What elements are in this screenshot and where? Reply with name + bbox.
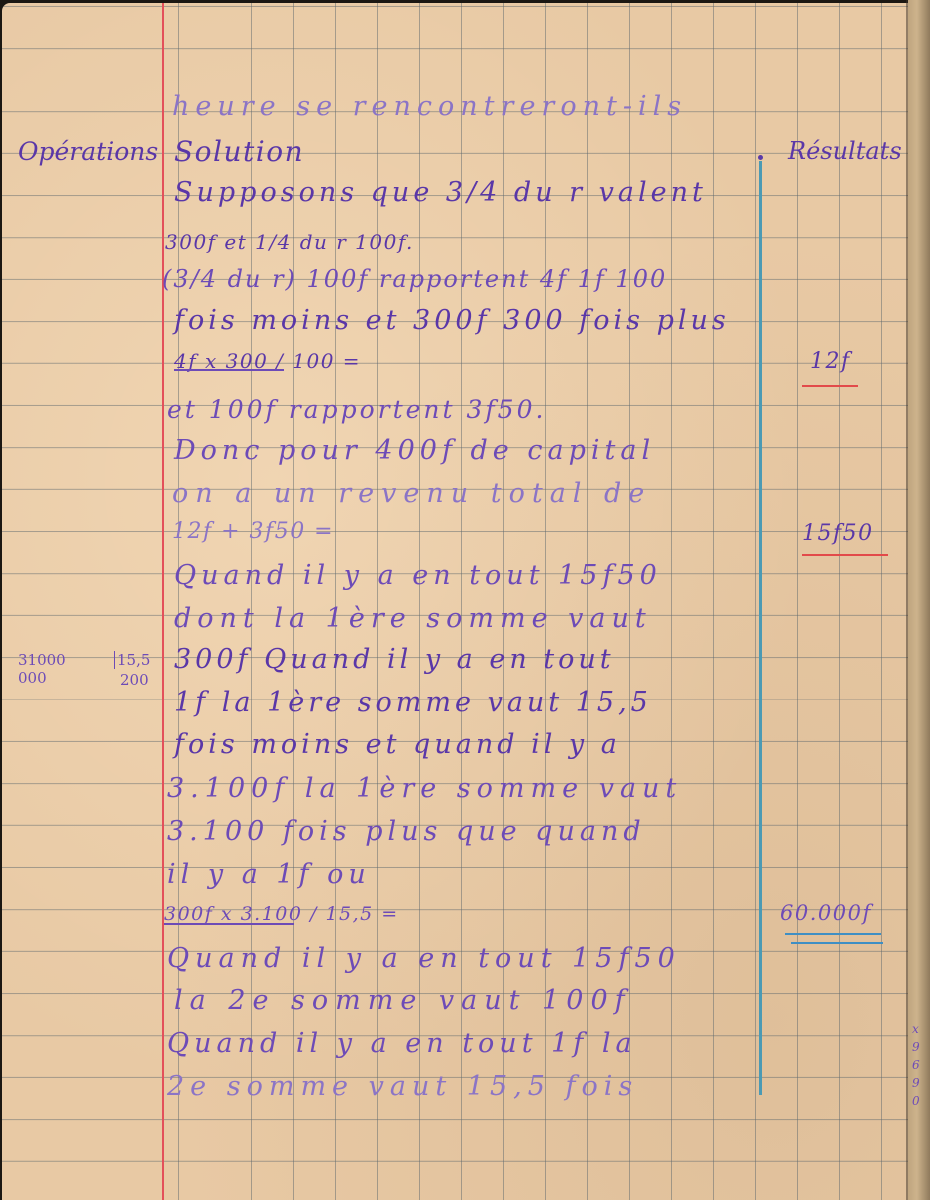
header-results: Résultats	[788, 137, 902, 165]
solution-line: la 2e somme vaut 100f	[174, 985, 632, 1016]
solution-line: 300f et 1/4 du r 100f.	[165, 230, 414, 254]
solution-line: on a un revenu total de	[172, 478, 651, 509]
division-dividend: 31000	[18, 651, 66, 669]
solution-line: dont la 1ère somme vaut	[174, 603, 652, 634]
solution-line: 12f + 3f50 =	[172, 519, 334, 544]
solution-line: 300f Quand il y a en tout	[174, 644, 615, 675]
result-underline-blue	[785, 933, 881, 935]
solution-line: fois moins et quand il y a	[174, 729, 621, 760]
result-underline-red	[802, 554, 888, 556]
division-remainder: 000	[18, 669, 47, 687]
carry-over-line: heure se rencontreront-ils	[172, 91, 687, 122]
solution-line: Quand il y a en tout 15f50	[174, 560, 662, 591]
red-margin-line	[162, 3, 164, 1200]
results-divider-line	[759, 161, 762, 1095]
result-value: 15f50	[802, 521, 874, 546]
result-underline-blue	[791, 942, 883, 944]
fraction-bar	[164, 923, 294, 925]
solution-line: 3.100f la 1ère somme vaut	[167, 773, 682, 804]
division-divisor: 15,5	[114, 651, 150, 669]
fraction-bar	[174, 369, 284, 371]
solution-line: 300f x 3.100 / 15,5 =	[164, 903, 399, 925]
solution-line: il y a 1f ou	[167, 859, 371, 890]
result-value: 12f	[810, 349, 851, 374]
solution-line: 1f la 1ère somme vaut 15,5	[174, 687, 652, 718]
solution-line: et 100f rapportent 3f50.	[167, 395, 546, 424]
solution-line: 2e somme vaut 15,5 fois	[167, 1071, 638, 1102]
division-quotient: 200	[120, 671, 149, 689]
solution-line: Donc pour 400f de capital	[174, 435, 655, 466]
header-solution: Solution	[174, 135, 304, 168]
solution-line: Quand il y a en tout 1f la	[167, 1028, 637, 1059]
solution-line: fois moins et 300f 300 fois plus	[174, 305, 730, 336]
solution-line: Supposons que 3/4 du r valent	[174, 177, 707, 208]
solution-line: (3/4 du r) 100f rapportent 4f 1f 100	[162, 265, 667, 293]
notebook-page: heure se rencontreront-ils Opérations So…	[2, 3, 908, 1200]
header-operations: Opérations	[18, 137, 158, 166]
result-value: 60.000f	[780, 901, 872, 925]
result-column-dot	[758, 155, 763, 160]
result-underline-red	[802, 385, 858, 387]
solution-line: 3.100 fois plus que quand	[167, 816, 646, 847]
spine-bleed-marks: x 9 6 9 0	[912, 1020, 924, 1110]
solution-line: Quand il y a en tout 15f50	[167, 943, 681, 974]
